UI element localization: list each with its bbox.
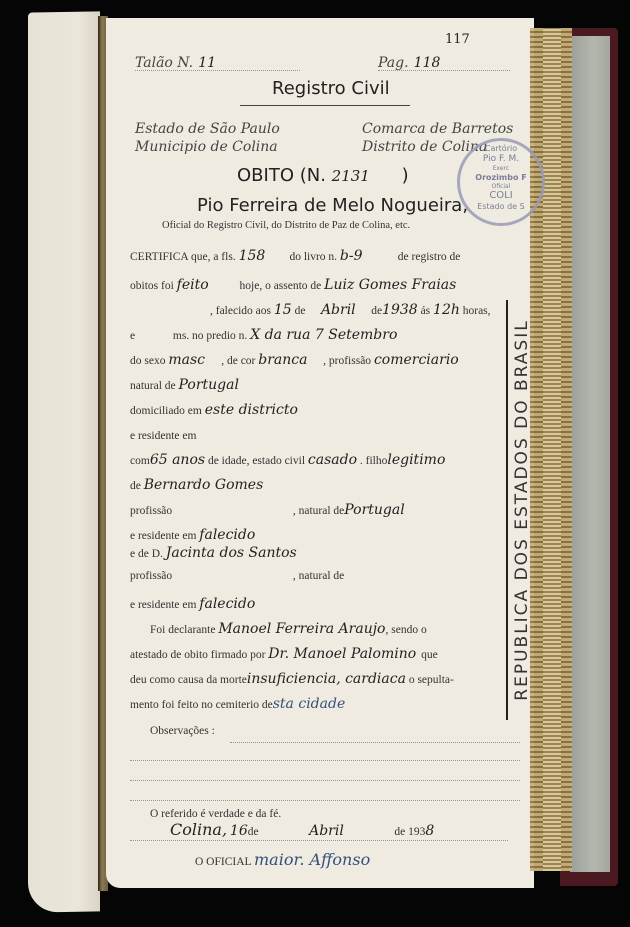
natural-value: Portugal — [179, 377, 239, 393]
stamp-line2: Exerc — [460, 165, 542, 172]
pag-field: Pag. 118 — [378, 52, 510, 71]
death-year: 1938 — [382, 302, 418, 318]
idade-value: 65 anos — [150, 452, 205, 468]
sign-de-label: de — [248, 826, 259, 838]
causa-label: deu como causa da morte — [130, 674, 247, 686]
pai-natural-value: Portugal — [344, 502, 404, 518]
as-label: ás — [421, 305, 431, 317]
vertical-border-text: REPUBLICA DOS ESTADOS DO BRASIL — [506, 300, 532, 720]
atestado-label: atestado de obito firmado por — [130, 649, 265, 661]
hoje-label: hoje, o assento de — [240, 280, 322, 292]
death-month: Abril — [308, 302, 368, 318]
sign-month: Abril — [261, 823, 391, 839]
death-day: 15 — [274, 302, 292, 318]
comarca: Comarca de Barretos — [362, 120, 513, 138]
ms-label: ms. no predio n. — [173, 330, 247, 342]
stamp-line5: COLI — [460, 190, 542, 201]
sexo-label: do sexo — [130, 355, 165, 367]
observacoes-line-4 — [130, 800, 520, 801]
row-residente: e residente em — [130, 427, 508, 443]
natural-label: natural de — [130, 380, 176, 392]
livro-value: b-9 — [340, 248, 395, 264]
stamp-top: Cartório — [460, 143, 542, 154]
stamp-bottom: Estado de S — [460, 201, 542, 212]
registro-label: de registro de — [398, 251, 461, 263]
domiciliado-value: este districto — [205, 402, 298, 418]
row-pai-residente: e residente em falecido — [130, 527, 508, 543]
sign-day: 16 — [230, 823, 248, 839]
filho-label: . filho — [360, 455, 387, 467]
officer-title: Oficial do Registro Civil, do Distrito d… — [162, 220, 410, 231]
stamp-line1: Pio F. M. — [460, 154, 542, 165]
observacoes-line-2 — [130, 760, 520, 761]
talao-value: 11 — [198, 55, 216, 71]
pai-profissao-label: profissão — [130, 505, 290, 517]
left-page — [28, 11, 100, 912]
registry-stamp: Cartório Pio F. M. Exerc Orozimbo F Ofic… — [457, 138, 545, 226]
profissao-value: comerciario — [374, 352, 459, 368]
sendo-label: , sendo o — [386, 624, 427, 636]
estado-civil-value: casado — [308, 452, 357, 468]
sign-year-label: de 193 — [394, 826, 425, 838]
header-title: Registro Civil — [272, 78, 390, 99]
row-predio: e ms. no predio n. X da rua 7 Setembro — [130, 327, 508, 343]
title-rule — [240, 105, 410, 106]
mae-value: Jacinta dos Santos — [166, 545, 297, 561]
vertical-text: REPUBLICA DOS ESTADOS DO BRASIL — [512, 300, 532, 720]
row-declarante: Foi declarante Manoel Ferreira Araujo, s… — [150, 621, 508, 637]
domiciliado-label: domiciliado em — [130, 405, 202, 417]
row-idade: com65 anos de idade, estado civil casado… — [130, 452, 508, 468]
talao-field: Talão N. 11 — [135, 52, 300, 71]
municipio: Municipio de Colina — [135, 138, 280, 156]
cemiterio-label: mento foi feito no cemiterio de — [130, 699, 273, 711]
row-domiciliado: domiciliado em este districto — [130, 402, 508, 418]
row-pai: de Bernardo Gomes — [130, 477, 508, 493]
official-signature: maior. Affonso — [254, 850, 370, 869]
estado: Estado de São Paulo — [135, 120, 280, 138]
sexo-value: masc — [168, 352, 218, 368]
e-label: e — [130, 330, 170, 342]
profissao-label: , profissão — [323, 355, 371, 367]
pai-residente-value: falecido — [199, 527, 255, 543]
pencil-number: 117 — [445, 32, 470, 47]
cor-value: branca — [258, 352, 320, 368]
mae-residente-label: e residente em — [130, 599, 196, 611]
pai-value: Bernardo Gomes — [144, 477, 264, 493]
cemiterio-value: sta cidade — [273, 696, 345, 712]
medico-value: Dr. Manoel Palomino — [268, 646, 418, 662]
row-causa: deu como causa da morteinsuficiencia, ca… — [130, 671, 508, 687]
talao-label: Talão N. — [135, 55, 193, 71]
pag-value: 118 — [414, 55, 441, 71]
sepulta-label: o sepulta- — [409, 674, 454, 686]
filho-value: legitimo — [387, 452, 445, 468]
obito-title: OBITO (N. 2131 ) — [237, 165, 409, 186]
pai-de-label: de — [130, 480, 141, 492]
stamp-line4: Oficial — [460, 183, 542, 190]
oficial-label: O OFICIAL — [195, 856, 251, 868]
observacoes-line-3 — [130, 780, 520, 781]
observacoes-label: Observações : — [150, 725, 215, 737]
certifica-label: CERTIFICA que, a fls. — [130, 251, 236, 263]
row-sign-date: Colina, 16de Abril de 1938 — [130, 820, 508, 841]
obito-number: 2131 — [332, 167, 370, 185]
mae-residente-value: falecido — [199, 596, 255, 612]
obitos-label: obitos foi — [130, 280, 174, 292]
declarante-label: Foi declarante — [150, 624, 215, 636]
que-label: que — [421, 649, 438, 661]
obito-label: OBITO (N. — [237, 165, 326, 186]
verdade-text: O referido é verdade e da fé. — [150, 808, 281, 820]
mae-label: e de D. — [130, 548, 163, 560]
state-block: Estado de São Paulo Municipio de Colina — [135, 120, 280, 156]
row-mae: e de D. Jacinta dos Santos — [130, 545, 508, 561]
obitos-value: feito — [177, 277, 237, 293]
de-label: de — [295, 305, 306, 317]
idade-label: de idade, estado civil — [208, 455, 305, 467]
place-value: Colina, — [170, 820, 227, 839]
observacoes-line-1 — [230, 742, 520, 743]
cover-endpaper — [570, 36, 610, 872]
declarante-value: Manoel Ferreira Araujo — [218, 621, 385, 637]
address-value: X da rua 7 Setembro — [250, 327, 397, 343]
residente-label: e residente em — [130, 430, 196, 442]
row-obitos: obitos foi feito hoje, o assento de Luiz… — [130, 277, 508, 293]
row-atestado: atestado de obito firmado por Dr. Manoel… — [130, 646, 508, 662]
stamp-line3: Orozimbo F — [460, 172, 542, 183]
com-label: com — [130, 455, 150, 467]
row-sexo: do sexo masc , de cor branca , profissão… — [130, 352, 508, 368]
pag-label: Pag. — [378, 55, 409, 71]
mae-natural-label: , natural de — [293, 570, 344, 582]
sign-year-digit: 8 — [425, 823, 434, 839]
row-observacoes: Observações : — [150, 725, 508, 737]
deceased-name: Luiz Gomes Fraias — [324, 277, 456, 293]
row-mae-residente: e residente em falecido — [130, 596, 508, 612]
fls-value: 158 — [239, 248, 287, 264]
row-cemiterio: mento foi feito no cemiterio desta cidad… — [130, 696, 508, 712]
horas-label: horas, — [463, 305, 491, 317]
mae-profissao-label: profissão — [130, 570, 290, 582]
row-certifica: CERTIFICA que, a fls. 158 do livro n. b-… — [130, 248, 508, 264]
cor-label: , de cor — [221, 355, 255, 367]
death-hour: 12h — [433, 302, 460, 318]
row-falecido: , falecido aos 15 de Abril de1938 ás 12h… — [210, 302, 508, 318]
row-mae-profissao: profissão , natural de — [130, 570, 508, 582]
row-natural: natural de Portugal — [130, 377, 508, 393]
livro-label: do livro n. — [289, 251, 337, 263]
de-year-label: de — [371, 305, 382, 317]
pai-natural-label: , natural de — [293, 505, 344, 517]
falecido-label: , falecido aos — [210, 305, 271, 317]
row-oficial: O OFICIAL maior. Affonso — [195, 850, 515, 869]
row-pai-profissao: profissão , natural dePortugal — [130, 502, 508, 518]
binding-strip — [543, 28, 561, 871]
obito-close: ) — [402, 165, 409, 186]
pai-residente-label: e residente em — [130, 530, 196, 542]
officer-name: Pio Ferreira de Melo Nogueira, — [197, 195, 468, 216]
causa-value: insuficiencia, cardiaca — [247, 671, 406, 687]
